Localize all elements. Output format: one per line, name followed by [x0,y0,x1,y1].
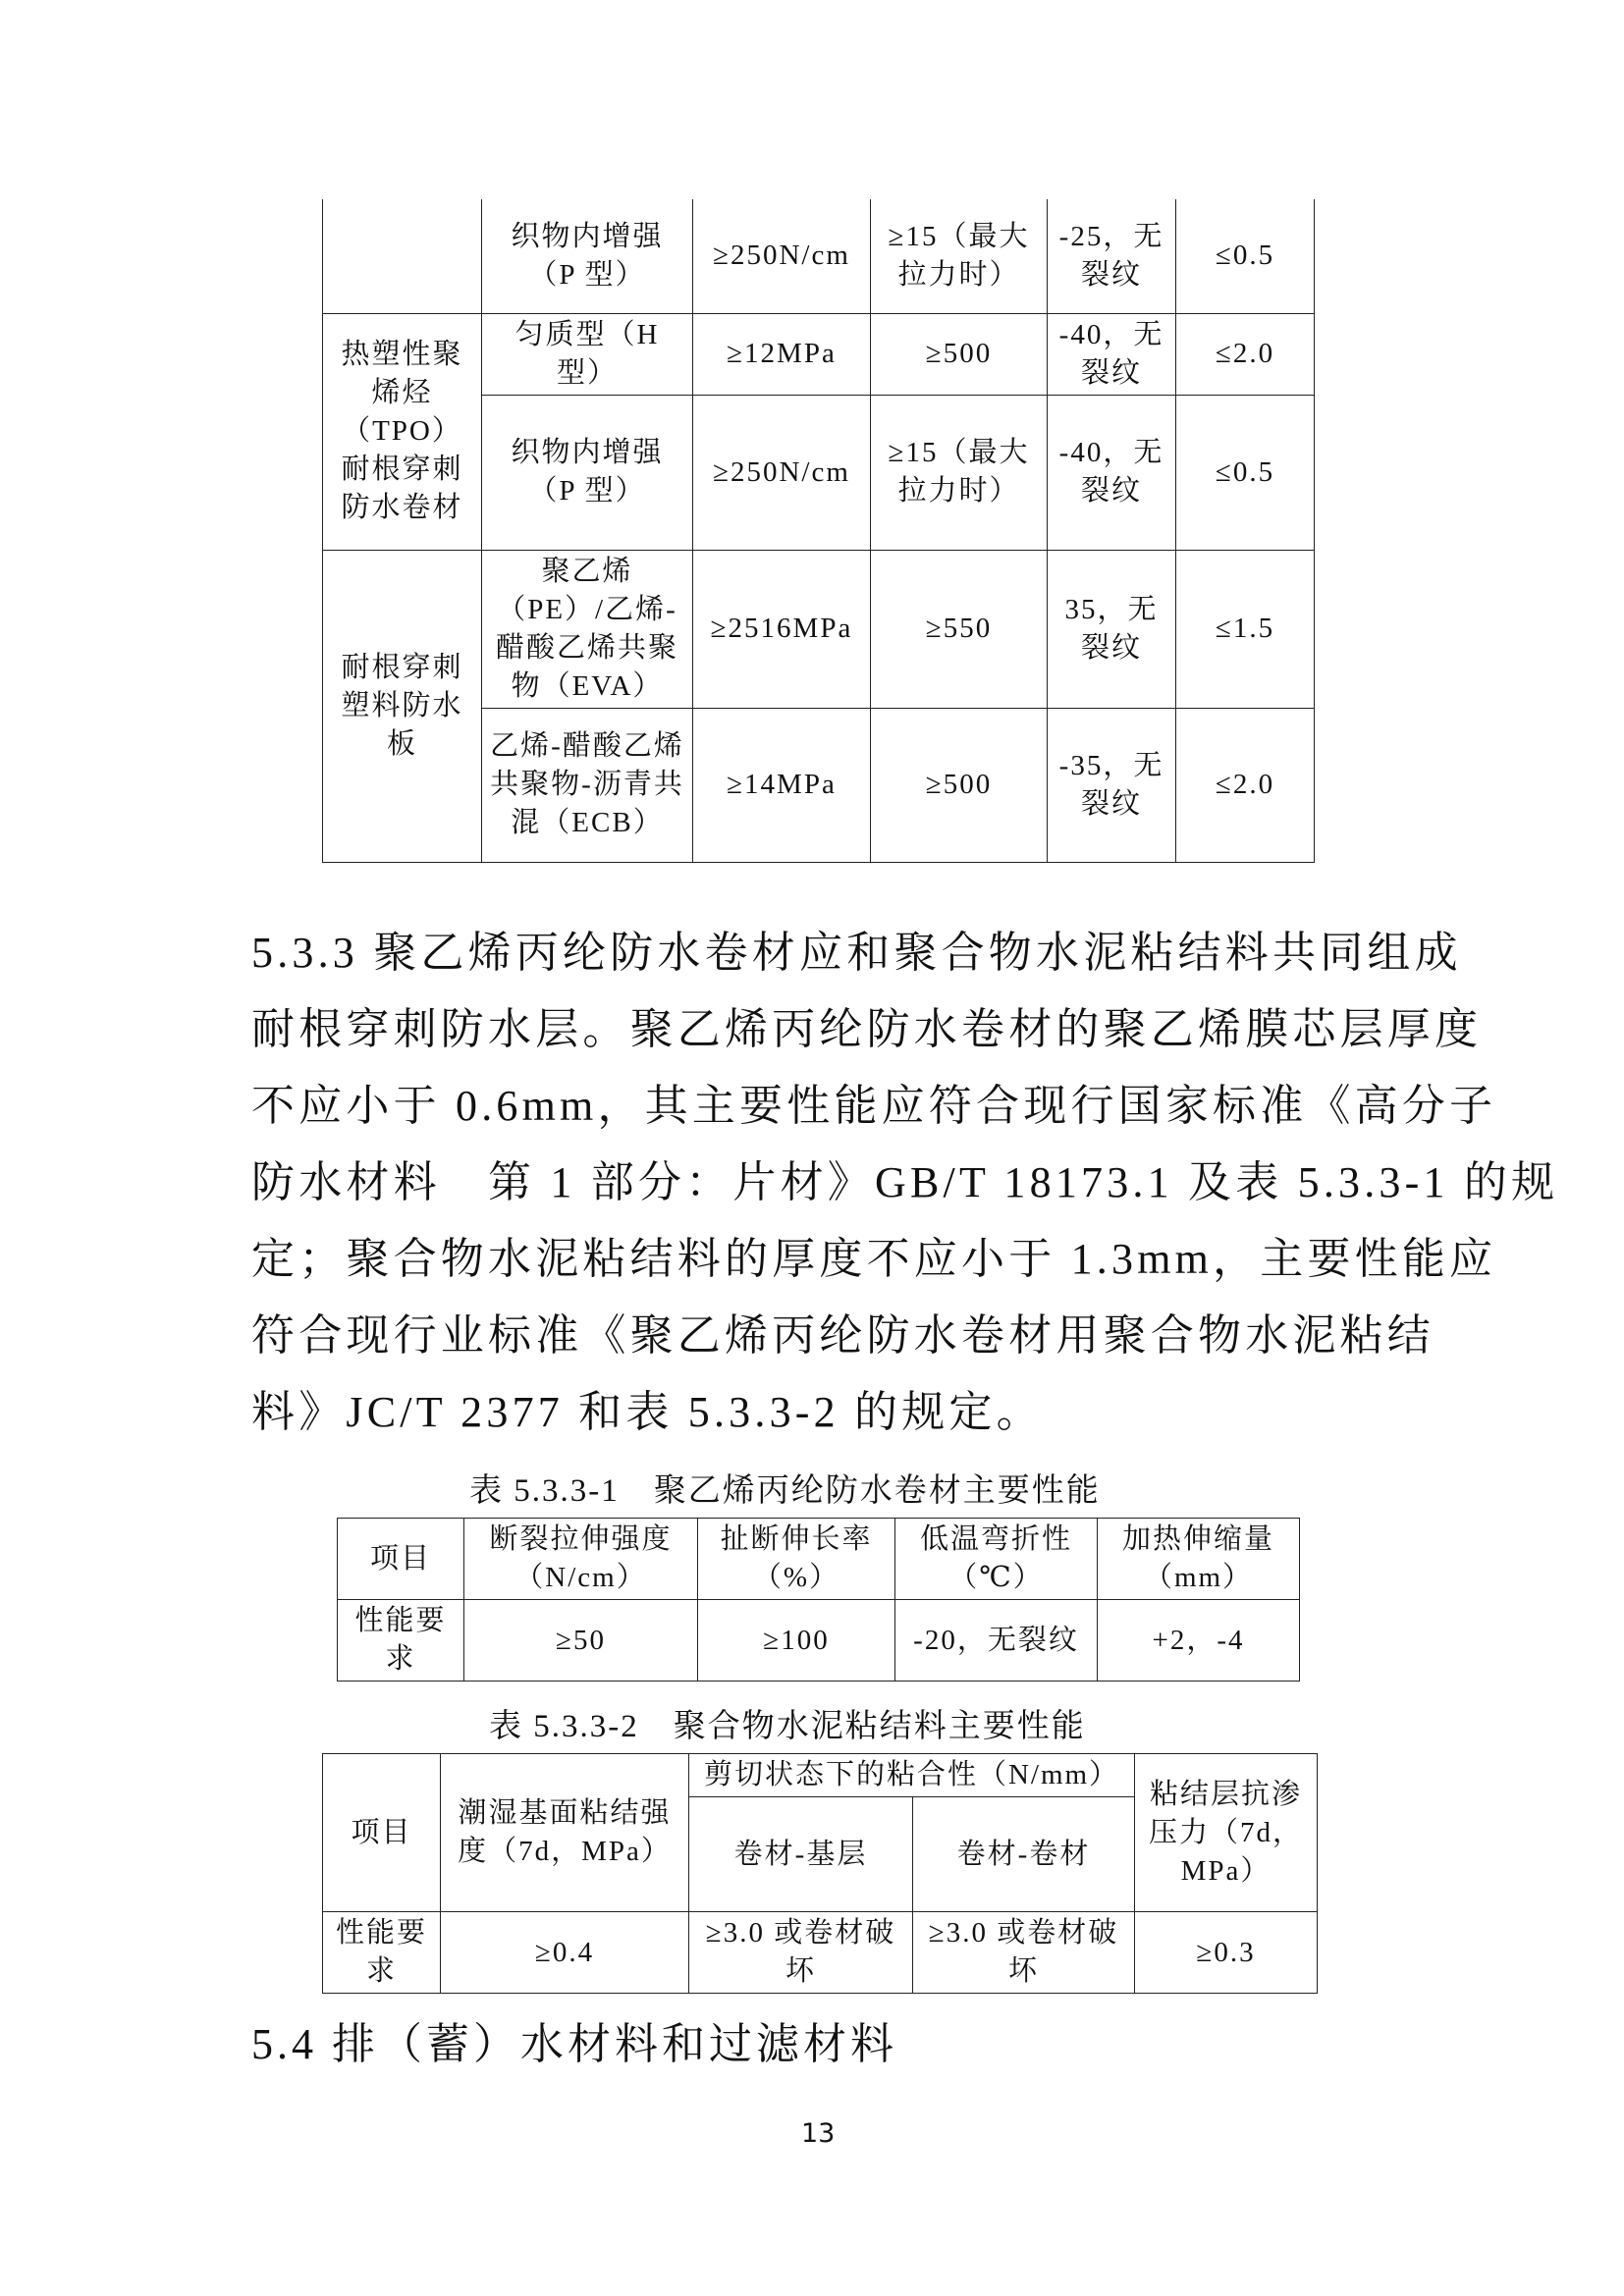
paragraph-line: 防水材料 第 1 部分：片材》GB/T 18173.1 及表 5.3.3-1 的… [251,1145,1390,1221]
header-sheet-substrate: 卷材-基层 [689,1797,913,1912]
header-seepage: 粘结层抗渗压力（7d，MPa） [1135,1754,1318,1912]
low-temp-cell: -35，无裂纹 [1048,708,1176,862]
table-5-3-3-1: 项目 断裂拉伸强度（N/cm） 扯断伸长率（%） 低温弯折性（℃） 加热伸缩量（… [337,1518,1300,1682]
header-sheet-sheet: 卷材-卷材 [913,1797,1135,1912]
table-header-row: 项目 潮湿基面粘结强度（7d，MPa） 剪切状态下的粘合性（N/mm） 粘结层抗… [323,1754,1318,1797]
header-shear-bond: 剪切状态下的粘合性（N/mm） [689,1754,1135,1797]
elongation-cell: ≥15（最大拉力时） [871,395,1048,550]
elongation-cell: ≥15（最大拉力时） [871,199,1048,313]
tensile-cell: ≥250N/cm [693,395,871,550]
type-cell: 匀质型（H 型） [482,313,693,395]
continued-material-table: 织物内增强（P 型） ≥250N/cm ≥15（最大拉力时） -25，无裂纹 ≤… [322,199,1315,863]
shrinkage-cell: ≤1.5 [1176,550,1315,708]
page-number: 13 [801,2118,835,2149]
header-item: 项目 [338,1519,464,1600]
section-5-4-heading: 5.4 排（蓄）水材料和过滤材料 [251,2008,897,2071]
elongation-value: ≥100 [698,1600,895,1682]
header-elongation: 扯断伸长率（%） [698,1519,895,1600]
paragraph-line: 符合现行业标准《聚乙烯丙纶防水卷材用聚合物水泥粘结 [251,1298,1390,1374]
elongation-cell: ≥500 [871,313,1048,395]
category-cell [323,199,482,313]
tensile-cell: ≥2516MPa [693,550,871,708]
low-temp-cell: -40，无裂纹 [1048,395,1176,550]
sheet-substrate-value: ≥3.0 或卷材破坏 [689,1912,913,1994]
tensile-cell: ≥250N/cm [693,199,871,313]
category-cell: 耐根穿刺塑料防水板 [323,550,482,862]
table-row: 性能要求 ≥0.4 ≥3.0 或卷材破坏 ≥3.0 或卷材破坏 ≥0.3 [323,1912,1318,1994]
shrinkage-cell: ≤2.0 [1176,708,1315,862]
table-5-3-3-2: 项目 潮湿基面粘结强度（7d，MPa） 剪切状态下的粘合性（N/mm） 粘结层抗… [322,1753,1318,1994]
header-tensile: 断裂拉伸强度（N/cm） [464,1519,698,1600]
type-cell: 织物内增强（P 型） [482,199,693,313]
paragraph-line: 定；聚合物水泥粘结料的厚度不应小于 1.3mm，主要性能应 [251,1221,1390,1298]
low-temp-cell: -25，无裂纹 [1048,199,1176,313]
type-cell: 乙烯-醋酸乙烯共聚物-沥青共混（ECB） [482,708,693,862]
table-5-3-3-2-caption: 表 5.3.3-2 聚合物水泥粘结料主要性能 [489,1700,1086,1746]
wet-bond-value: ≥0.4 [441,1912,689,1994]
header-low-temp: 低温弯折性（℃） [895,1519,1098,1600]
paragraph-line: 不应小于 0.6mm，其主要性能应符合现行国家标准《高分子 [251,1068,1390,1145]
shrinkage-cell: ≤2.0 [1176,313,1315,395]
tensile-cell: ≥12MPa [693,313,871,395]
table-row: 织物内增强（P 型） ≥250N/cm ≥15（最大拉力时） -25，无裂纹 ≤… [323,199,1315,313]
table-row: 性能要求 ≥50 ≥100 -20，无裂纹 +2，-4 [338,1600,1300,1682]
low-temp-cell: 35，无裂纹 [1048,550,1176,708]
low-temp-cell: -40，无裂纹 [1048,313,1176,395]
header-wet-bond: 潮湿基面粘结强度（7d，MPa） [441,1754,689,1912]
sheet-sheet-value: ≥3.0 或卷材破坏 [913,1912,1135,1994]
shrinkage-cell: ≤0.5 [1176,199,1315,313]
category-cell: 热塑性聚烯烃（TPO）耐根穿刺防水卷材 [323,313,482,550]
type-cell: 织物内增强（P 型） [482,395,693,550]
paragraph-5-3-3: 5.3.3 聚乙烯丙纶防水卷材应和聚合物水泥粘结料共同组成 耐根穿刺防水层。聚乙… [251,915,1390,1451]
low-temp-value: -20，无裂纹 [895,1600,1098,1682]
header-item: 项目 [323,1754,441,1912]
paragraph-line: 5.3.3 聚乙烯丙纶防水卷材应和聚合物水泥粘结料共同组成 [251,915,1390,991]
elongation-cell: ≥550 [871,550,1048,708]
type-cell: 聚乙烯（PE）/乙烯-醋酸乙烯共聚物（EVA） [482,550,693,708]
seepage-value: ≥0.3 [1135,1912,1318,1994]
row-label: 性能要求 [323,1912,441,1994]
table-row: 热塑性聚烯烃（TPO）耐根穿刺防水卷材 匀质型（H 型） ≥12MPa ≥500… [323,313,1315,395]
tensile-value: ≥50 [464,1600,698,1682]
shrinkage-value: +2，-4 [1098,1600,1300,1682]
table-row: 耐根穿刺塑料防水板 聚乙烯（PE）/乙烯-醋酸乙烯共聚物（EVA） ≥2516M… [323,550,1315,708]
table-5-3-3-1-caption: 表 5.3.3-1 聚乙烯丙纶防水卷材主要性能 [469,1465,1101,1511]
paragraph-line: 料》JC/T 2377 和表 5.3.3-2 的规定。 [251,1374,1390,1451]
paragraph-line: 耐根穿刺防水层。聚乙烯丙纶防水卷材的聚乙烯膜芯层厚度 [251,991,1390,1068]
shrinkage-cell: ≤0.5 [1176,395,1315,550]
row-label: 性能要求 [338,1600,464,1682]
header-shrinkage: 加热伸缩量（mm） [1098,1519,1300,1600]
elongation-cell: ≥500 [871,708,1048,862]
table-header-row: 项目 断裂拉伸强度（N/cm） 扯断伸长率（%） 低温弯折性（℃） 加热伸缩量（… [338,1519,1300,1600]
tensile-cell: ≥14MPa [693,708,871,862]
